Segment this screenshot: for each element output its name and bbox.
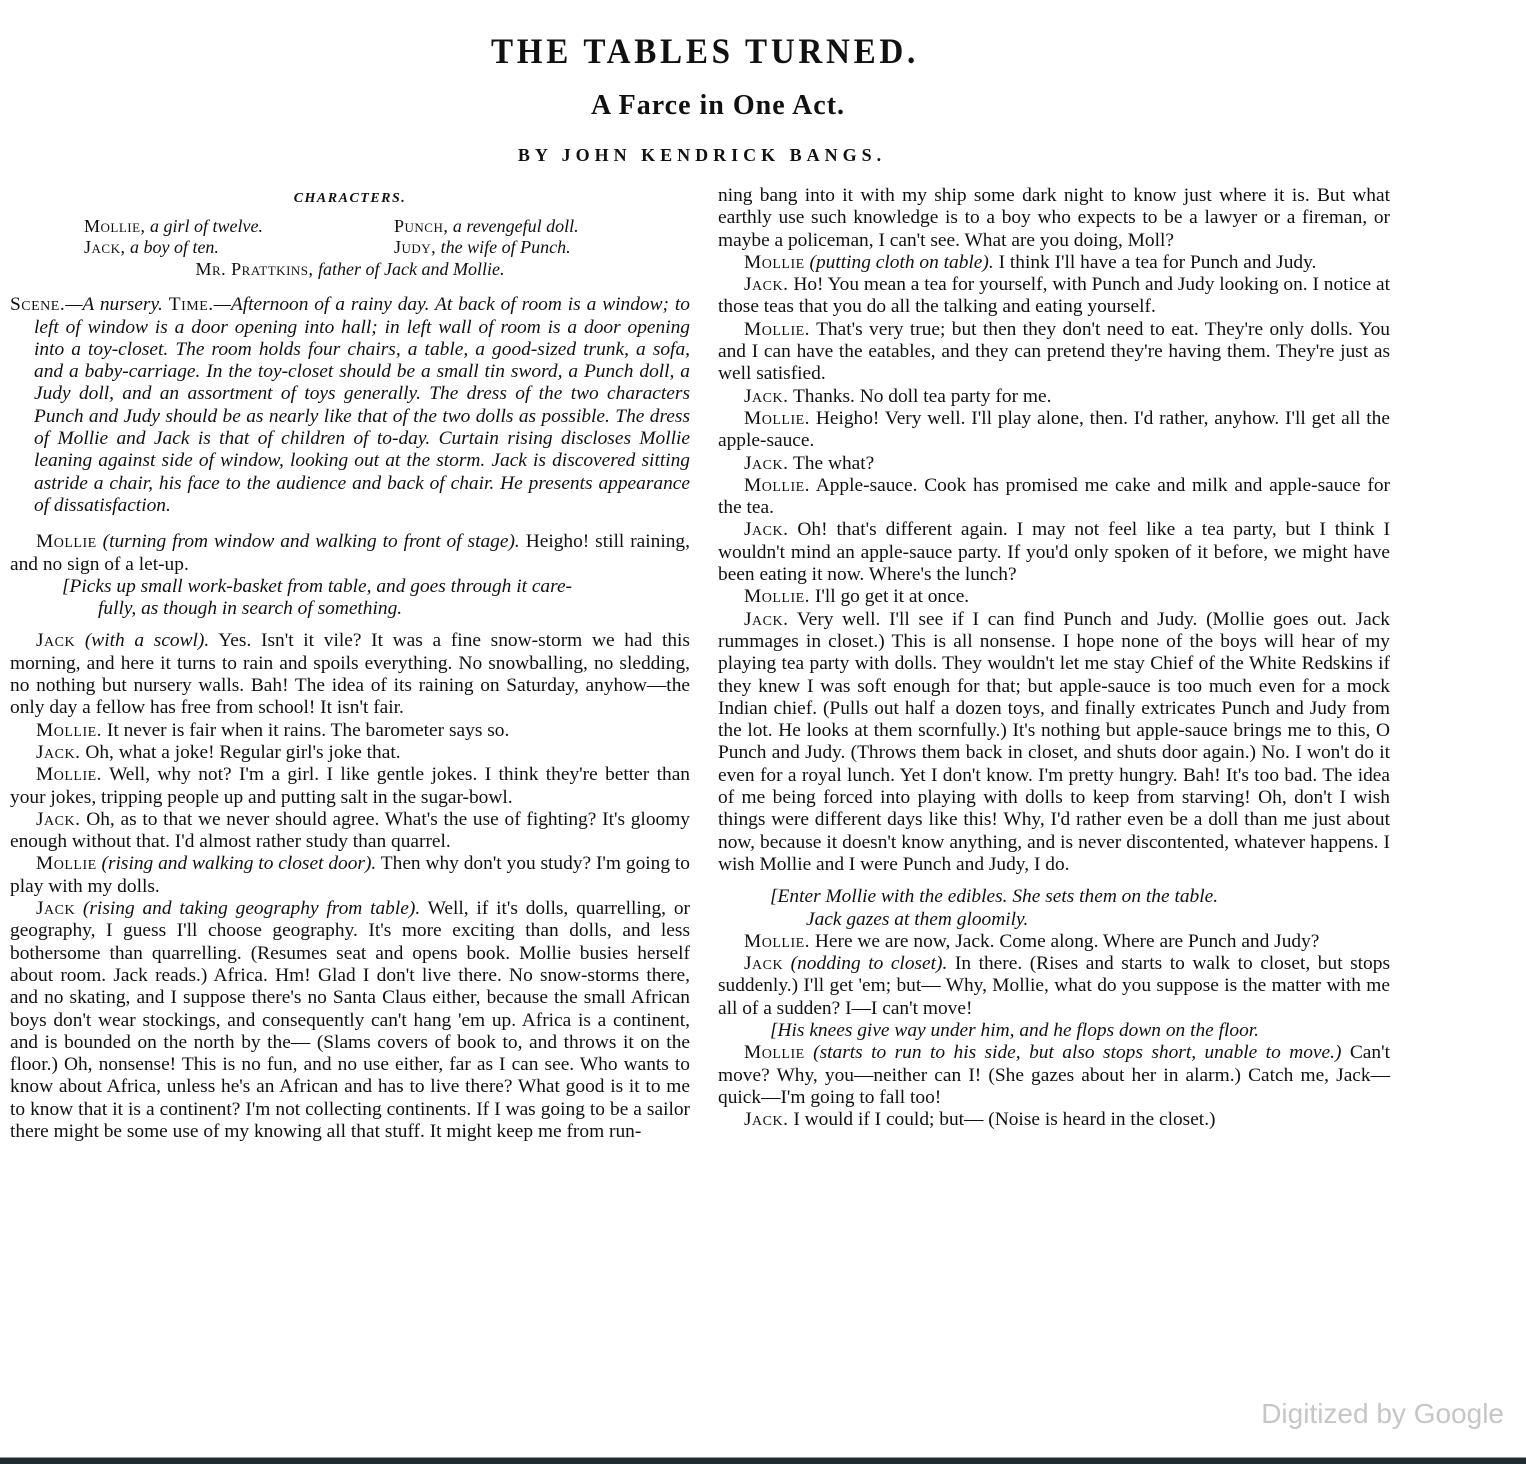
dialogue-line: Mollie (starts to run to his side, but a… — [718, 1042, 1390, 1109]
stage-direction-cont: fully, as though in search of something. — [10, 598, 690, 620]
characters-heading: CHARACTERS. — [10, 188, 690, 210]
left-column: CHARACTERS. Mollie, a girl of twelve. Pu… — [10, 188, 690, 1143]
dialogue-line: ning bang into it with my ship some dark… — [718, 185, 1390, 252]
dialogue-line: Mollie. I'll go get it at once. — [718, 586, 1390, 608]
character-entry: Jack, a boy of ten. — [84, 237, 394, 258]
dialogue-line: Jack. Thanks. No doll tea party for me. — [718, 386, 1390, 408]
dialogue-line: Mollie. Here we are now, Jack. Come alon… — [718, 931, 1390, 953]
right-column: ning bang into it with my ship some dark… — [718, 185, 1390, 1131]
dialogue-line: Mollie. Apple-sauce. Cook has promised m… — [718, 475, 1390, 520]
dialogue-line: Jack. The what? — [718, 453, 1390, 475]
bottom-bar — [0, 1457, 1526, 1464]
dialogue-line: Jack. Oh! that's different again. I may … — [718, 519, 1390, 586]
dialogue-line: Jack. I would if I could; but— (Noise is… — [718, 1109, 1390, 1131]
dialogue-line: Jack. Oh, what a joke! Regular girl's jo… — [10, 742, 690, 764]
stage-direction-cont: Jack gazes at them gloomily. — [718, 909, 1390, 931]
page-subtitle: A Farce in One Act. — [0, 90, 1436, 122]
digitized-watermark: Digitized by Google — [1261, 1398, 1504, 1430]
characters-list: Mollie, a girl of twelve. Punch, a reven… — [84, 216, 690, 258]
dialogue-line: Mollie (rising and walking to closet doo… — [10, 853, 690, 898]
stage-direction: [His knees give way under him, and he fl… — [718, 1020, 1390, 1042]
character-entry: Judy, the wife of Punch. — [394, 237, 694, 258]
stage-direction: [Enter Mollie with the edibles. She sets… — [718, 886, 1390, 908]
author-byline: BY JOHN KENDRICK BANGS. — [0, 145, 1404, 166]
page-title: THE TABLES TURNED. — [56, 30, 1353, 72]
dialogue-line: Mollie. It never is fair when it rains. … — [10, 720, 690, 742]
character-entry: Mollie, a girl of twelve. — [84, 216, 394, 237]
dialogue-line: Jack (rising and taking geography from t… — [10, 898, 690, 1143]
dialogue-line: Jack (nodding to closet). In there. (Ris… — [718, 953, 1390, 1020]
dialogue-line: Mollie (turning from window and walking … — [10, 531, 690, 576]
dialogue-line: Jack. Very well. I'll see if I can find … — [718, 609, 1390, 877]
stage-direction: [Picks up small work-basket from table, … — [10, 576, 690, 598]
dialogue-line: Mollie. Well, why not? I'm a girl. I lik… — [10, 764, 690, 809]
scene-description: Scene.—A nursery. Time.—Afternoon of a r… — [10, 294, 690, 517]
character-entry: Punch, a revengeful doll. — [394, 216, 694, 237]
dialogue-line: Jack. Oh, as to that we never should agr… — [10, 809, 690, 854]
dialogue-line: Jack (with a scowl). Yes. Isn't it vile?… — [10, 630, 690, 719]
dialogue-line: Mollie. Heigho! Very well. I'll play alo… — [718, 408, 1390, 453]
dialogue-line: Mollie (putting cloth on table). I think… — [718, 252, 1390, 274]
dialogue-line: Mollie. That's very true; but then they … — [718, 319, 1390, 386]
character-entry: Mr. Prattkins, father of Jack and Mollie… — [10, 258, 690, 280]
dialogue-line: Jack. Ho! You mean a tea for yourself, w… — [718, 274, 1390, 319]
